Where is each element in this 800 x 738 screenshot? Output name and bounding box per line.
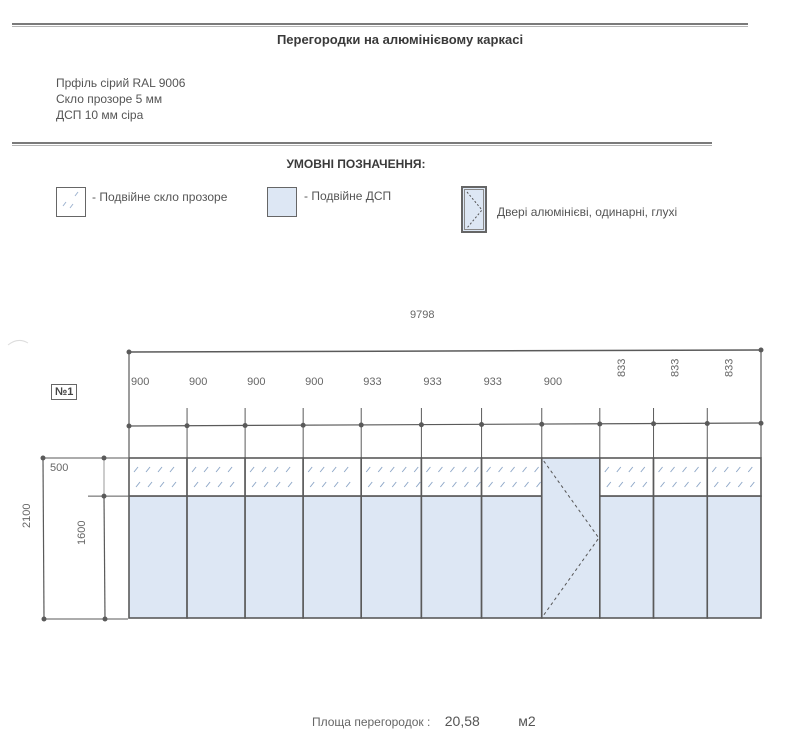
door-swatch-icon (461, 186, 487, 233)
area-label: Площа перегородок : (312, 715, 430, 729)
legend-label-door: Двері алюмінієві, одинарні, глухі (497, 205, 677, 219)
page-title: Перегородки на алюмінієвому каркасі (0, 32, 800, 47)
area-summary: Площа перегородок : 20,58 м2 (312, 713, 536, 731)
spec-glass: Скло прозоре 5 мм (56, 91, 185, 107)
spec-profile: Прфіль сірий RAL 9006 (56, 75, 185, 91)
section-width-label: 900 (189, 376, 207, 388)
partition-section (421, 458, 481, 618)
partition-section (129, 458, 187, 618)
partition-section (361, 458, 421, 618)
legend-heading: УМОВНІ ПОЗНАЧЕННЯ: (0, 157, 712, 171)
partition-section (245, 458, 303, 618)
partition-section (654, 458, 708, 618)
legend-label-glass: - Подвійне скло прозоре (92, 190, 227, 204)
partition-number-badge: №1 (51, 384, 77, 400)
partition-section (600, 458, 654, 618)
section-width-label: 833 (616, 359, 628, 377)
section-width-label: 900 (305, 376, 323, 388)
section-width-label: 833 (670, 359, 682, 377)
area-value: 20,58 (445, 713, 480, 729)
top-panel-height-label: 500 (50, 462, 68, 474)
partition-section (482, 458, 542, 618)
partition-section (303, 458, 361, 618)
section-width-label: 833 (723, 359, 735, 377)
partition-section (187, 458, 245, 618)
glass-swatch-icon (56, 187, 86, 217)
partition-panels (129, 458, 761, 618)
section-width-label: 900 (131, 376, 149, 388)
legend-label-chipboard: - Подвійне ДСП (304, 189, 391, 203)
total-width-label: 9798 (410, 309, 434, 321)
scan-artifact-arc (8, 340, 28, 345)
area-unit: м2 (518, 713, 535, 729)
spec-chipboard: ДСП 10 мм сіра (56, 107, 185, 123)
door-panel (542, 458, 600, 618)
section-width-label: 900 (247, 376, 265, 388)
dimension-lines (41, 348, 764, 622)
partition-section (707, 458, 761, 618)
top-rule (12, 23, 748, 27)
section-width-label: 933 (363, 376, 381, 388)
spec-list: Прфіль сірий RAL 9006 Скло прозоре 5 мм … (56, 75, 185, 123)
middle-rule (12, 142, 712, 146)
chipboard-swatch-icon (267, 187, 297, 217)
bottom-panel-height-label: 1600 (76, 521, 88, 545)
section-width-label: 900 (544, 376, 562, 388)
section-width-label: 933 (484, 376, 502, 388)
total-height-label: 2100 (21, 504, 33, 528)
section-width-label: 933 (423, 376, 441, 388)
dimension-labels: 9798900900900900933933933900833833833500… (21, 309, 735, 545)
